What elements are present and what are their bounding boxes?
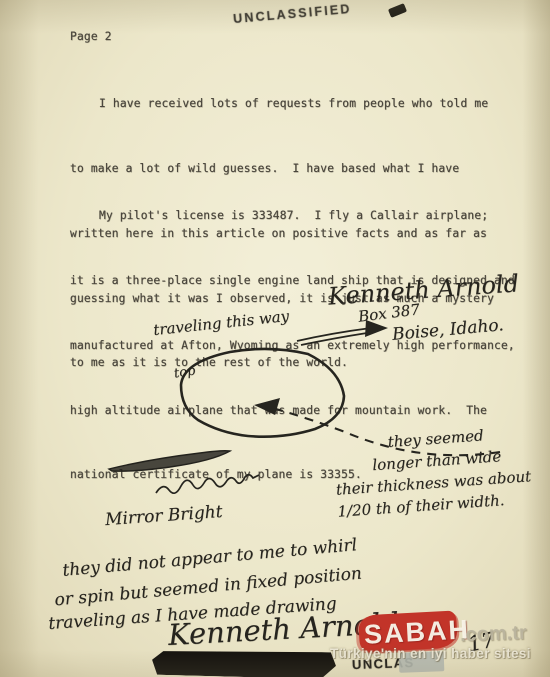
- object-side-view-sketch: [109, 451, 230, 471]
- sabah-watermark-tagline: Türkiye'nin en iyi haber sitesi: [330, 646, 531, 661]
- note-right-block: they seemed longer than wide their thick…: [332, 421, 533, 522]
- traveling-arrowhead: [365, 320, 388, 337]
- dashed-arrowhead: [254, 398, 280, 415]
- sabah-watermark-domain: .com.tr: [460, 622, 527, 647]
- scanned-document-page: UNCLASSIFIED Page 2 I have received lots…: [0, 0, 550, 677]
- traveling-direction-arrow: [297, 328, 371, 345]
- scrawled-note: (illegible scrawl): [156, 475, 259, 493]
